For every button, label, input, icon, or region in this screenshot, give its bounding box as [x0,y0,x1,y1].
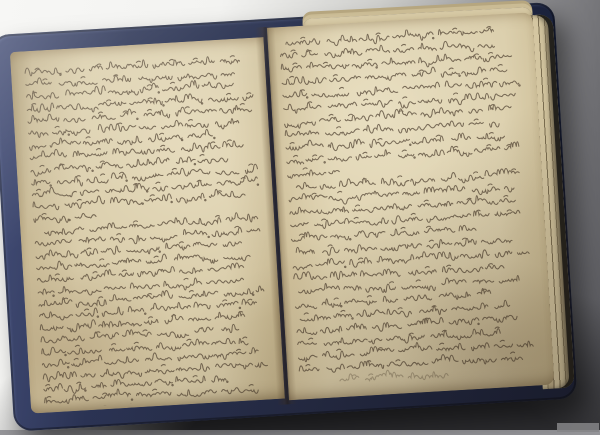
notebook [7,10,568,419]
left-page [10,37,285,413]
left-page-handwriting [24,53,278,409]
right-page-handwriting [278,23,543,396]
photo-background [0,0,600,435]
right-page [267,12,555,400]
watermark [557,423,599,432]
